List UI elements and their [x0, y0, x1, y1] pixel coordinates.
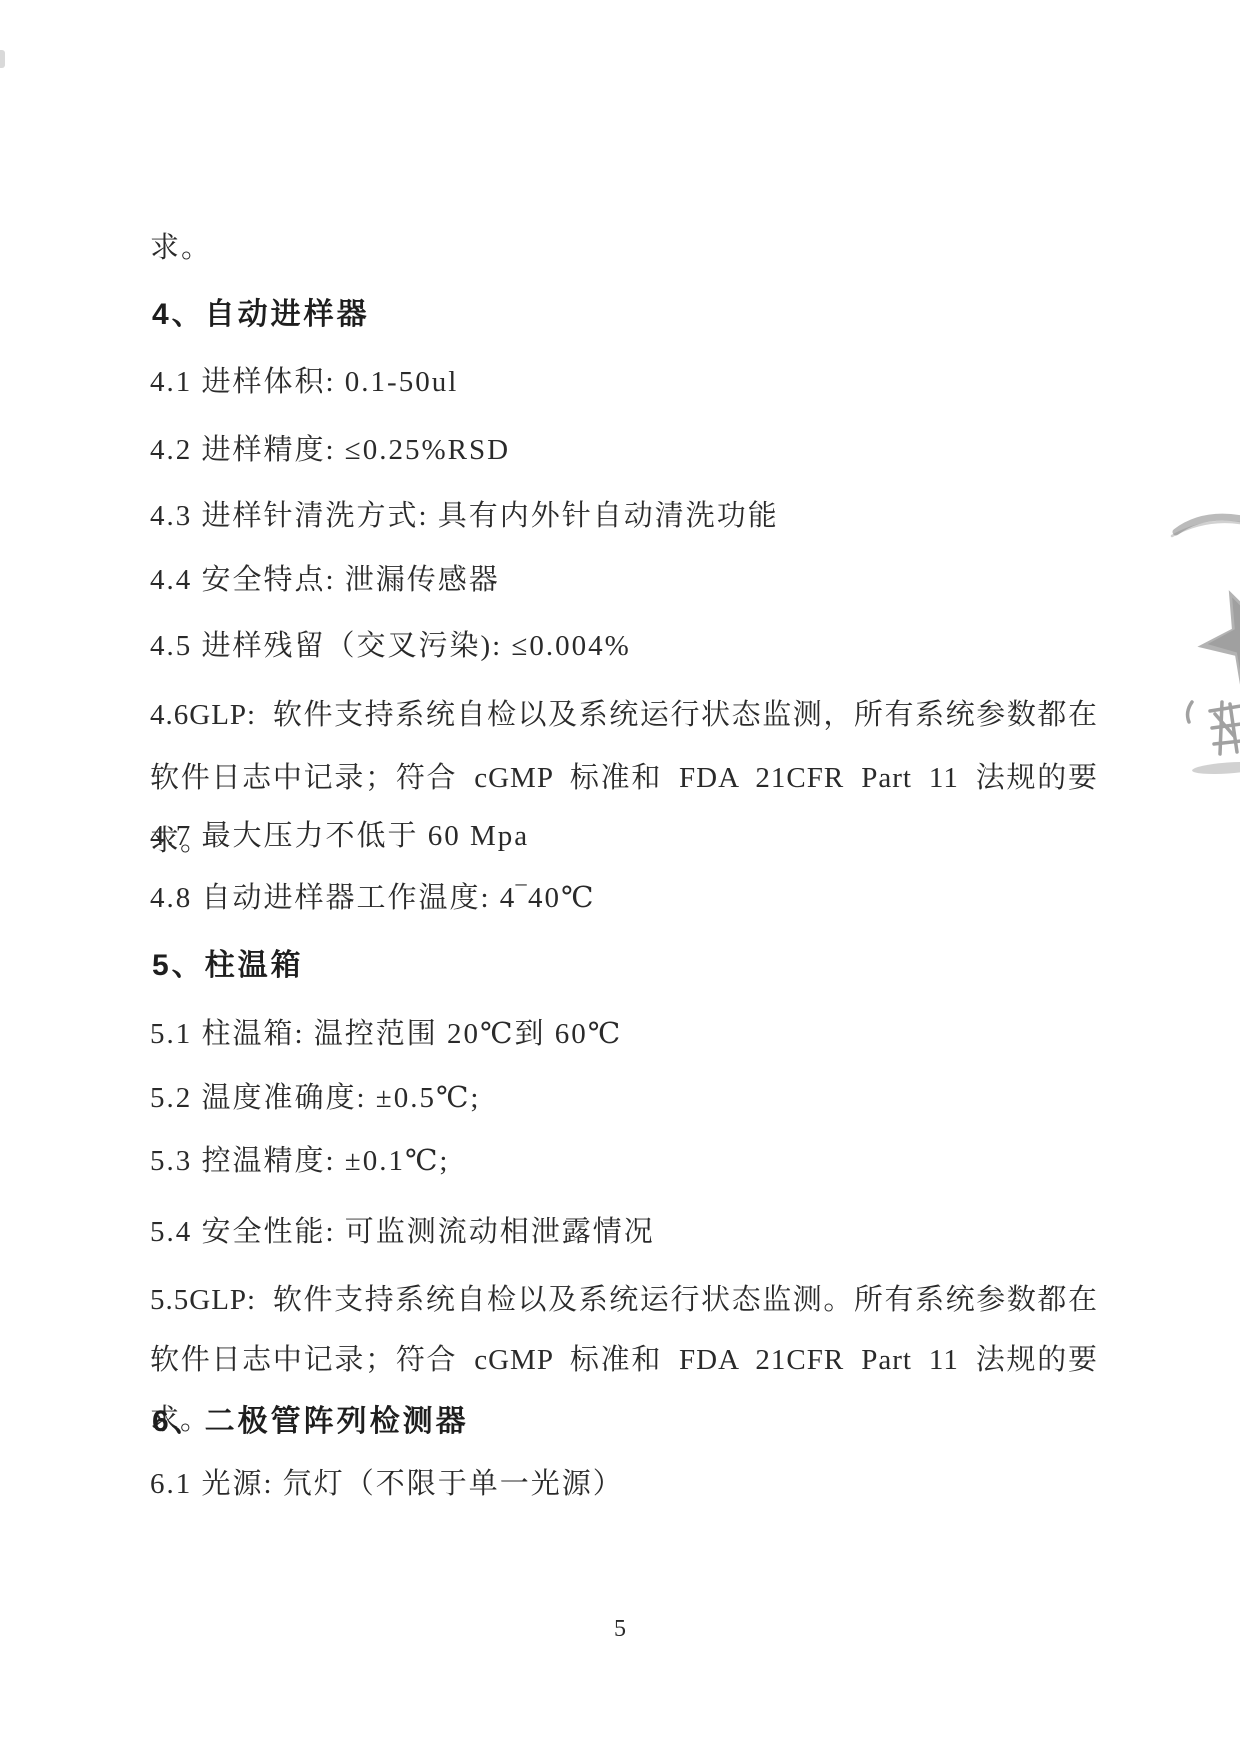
stamp-star [1181, 568, 1240, 702]
carryover-text: 求。 [150, 226, 212, 270]
spec-item-temp-accuracy: 5.2 温度准确度: ±0.5℃; [150, 1076, 480, 1120]
scanned-document-page: 求。 4、自动进样器 4.1 进样体积: 0.1-50ul 4.2 进样精度: … [0, 0, 1240, 1754]
section-heading-autosampler: 4、自动进样器 [152, 293, 370, 337]
spec-item-injection-volume: 4.1 进样体积: 0.1-50ul [150, 360, 458, 404]
spec-item-temp-precision: 5.3 控温精度: ±0.1℃; [150, 1139, 449, 1183]
section-heading-diode-array-detector: 6、二极管阵列检测器 [152, 1400, 469, 1444]
spec-item-max-pressure: 4.7 最大压力不低于 60 Mpa [150, 814, 529, 858]
spec-item-safety-performance: 5.4 安全性能: 可监测流动相泄露情况 [150, 1210, 655, 1254]
partial-seal-stamp-icon [1170, 490, 1240, 800]
stamp-arc [1172, 517, 1240, 536]
spec-item-needle-wash: 4.3 进样针清洗方式: 具有内外针自动清洗功能 [150, 494, 779, 538]
stamp-seal-script [1188, 702, 1240, 754]
section-heading-column-oven: 5、柱温箱 [152, 944, 304, 988]
spec-item-temp-range: 5.1 柱温箱: 温控范围 20℃到 60℃ [150, 1012, 622, 1056]
spec-item-carryover: 4.5 进样残留（交叉污染): ≤0.004% [150, 624, 631, 668]
spec-item-light-source: 6.1 光源: 氘灯（不限于单一光源） [150, 1462, 624, 1506]
page-number: 5 [0, 1616, 1240, 1643]
spec-item-safety-feature: 4.4 安全特点: 泄漏传感器 [150, 558, 500, 602]
scan-edge-artifact [0, 50, 5, 68]
stamp-smudge [1192, 760, 1240, 776]
spec-item-working-temperature: 4.8 自动进样器工作温度: 4‾40℃ [150, 876, 595, 920]
spec-item-injection-precision: 4.2 进样精度: ≤0.25%RSD [150, 428, 510, 472]
